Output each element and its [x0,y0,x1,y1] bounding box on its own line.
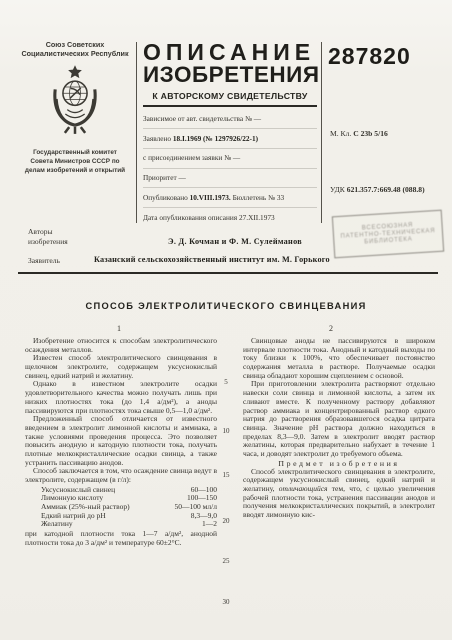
component-name: Желатину [41,520,73,529]
applicant-name: Казанский сельскохозяйственный институт … [94,255,424,264]
column-number-1: 1 [117,324,121,333]
paragraph-intro: Изобретение относится к способам электро… [25,337,217,354]
patent-number: 287820 [328,43,446,70]
line-number-25: 25 [218,557,234,565]
class-code-value: С 23b 5/16 [353,129,388,138]
union-name: Союз Советских Социалистических Республи… [16,40,134,59]
field-priority: Приоритет — [143,169,317,189]
field-dependent: Зависимое от авт. свидетельства № — [143,109,317,129]
doc-type-word-2: ИЗОБРЕТЕНИЯ [143,64,317,85]
soviet-emblem-icon [16,64,134,141]
udk-value: 621.357.7:669.48 (088.8) [347,185,425,194]
line-number-30: 30 [218,598,234,606]
patent-document-page: Союз Советских Социалистических Республи… [0,0,452,640]
field-published-rest: Бюллетень № 33 [231,193,284,202]
doc-subtitle: К АВТОРСКОМУ СВИДЕТЕЛЬСТВУ [143,87,317,107]
field-publication-date: Дата опубликования описания 27.XII.1973 [143,208,317,227]
field-published-label: Опубликовано [143,193,190,202]
document-body: 1 2 5 10 15 20 25 30 Изобретение относит… [25,324,435,548]
paragraph-proposed-method: Предложенный способ отличается от извест… [25,415,217,467]
claim-paragraph: Способ электролитического свинцевания в … [243,468,435,520]
line-number-20: 20 [218,517,234,525]
masthead-divider-right [321,42,322,223]
left-column: Изобретение относится к способам электро… [25,337,217,548]
masthead-left: Союз Советских Социалистических Республи… [16,40,134,176]
class-code-label: М. Кл. [330,129,353,138]
paragraph-preparation: При приготовлении электролита растворяют… [243,380,435,458]
table-row: Желатину1—2 [41,520,217,529]
paragraph-advantages: Свинцовые аноды не пассивируются в широк… [243,337,435,380]
component-value: 1—2 [202,520,217,529]
masthead-right: 287820 М. Кл. С 23b 5/16 УДК 621.357.7:6… [328,43,446,70]
class-code: М. Кл. С 23b 5/16 [330,129,388,138]
right-column: Свинцовые аноды не пассивируются в широк… [243,337,435,548]
field-filed-value: 18.I.1969 (№ 1297926/22-1) [173,134,258,143]
field-filed: Заявлено 18.I.1969 (№ 1297926/22-1) [143,129,317,149]
field-published: Опубликовано 10.VIII.1973. Бюллетень № 3… [143,188,317,208]
authors-names: Э. Д. Кочман и Ф. М. Сулейманов [120,237,350,246]
udk-label: УДК [330,185,347,194]
udk-code: УДК 621.357.7:669.48 (088.8) [330,185,434,195]
field-filed-label: Заявлено [143,134,173,143]
claim-text-italic: отличающийся [279,484,328,493]
electrolyte-composition-table: Уксуснокислый свинец60—100 Лимонную кисл… [41,486,217,529]
field-published-value: 10.VIII.1973. [190,193,231,202]
library-stamp: ВСЕСОЮЗНАЯ ПАТЕНТНО-ТЕХНИЧЕСКАЯ БИБЛИОТЕ… [332,210,444,259]
line-number-5: 5 [218,378,234,386]
masthead-divider-left [136,42,137,223]
paragraph-composition-lead: Способ заключается в том, что осаждение … [25,467,217,484]
line-number-10: 10 [218,427,234,435]
committee-name: Государственный комитет Совета Министров… [16,148,134,176]
applicant-label: Заявитель [28,256,60,265]
paragraph-drawback: Однако в известном электролите осадки уд… [25,380,217,415]
doc-type-word-1: ОПИСАНИЕ [143,41,317,64]
paragraph-conditions: при катодной плотности тока 1—7 а/дм², а… [25,530,217,547]
masthead-center: ОПИСАНИЕ ИЗОБРЕТЕНИЯ К АВТОРСКОМУ СВИДЕТ… [143,41,317,227]
section-rule [18,272,438,274]
bibliographic-fields: Зависимое от авт. свидетельства № — Заяв… [143,109,317,227]
column-number-2: 2 [329,324,333,333]
paragraph-known-method: Известен способ электролитического свинц… [25,354,217,380]
invention-title: СПОСОБ ЭЛЕКТРОЛИТИЧЕСКОГО СВИНЦЕВАНИЯ [0,301,452,311]
line-number-15: 15 [218,471,234,479]
field-joined: с присоединением заявки № — [143,149,317,169]
authors-label: Авторы изобретения [28,227,88,247]
